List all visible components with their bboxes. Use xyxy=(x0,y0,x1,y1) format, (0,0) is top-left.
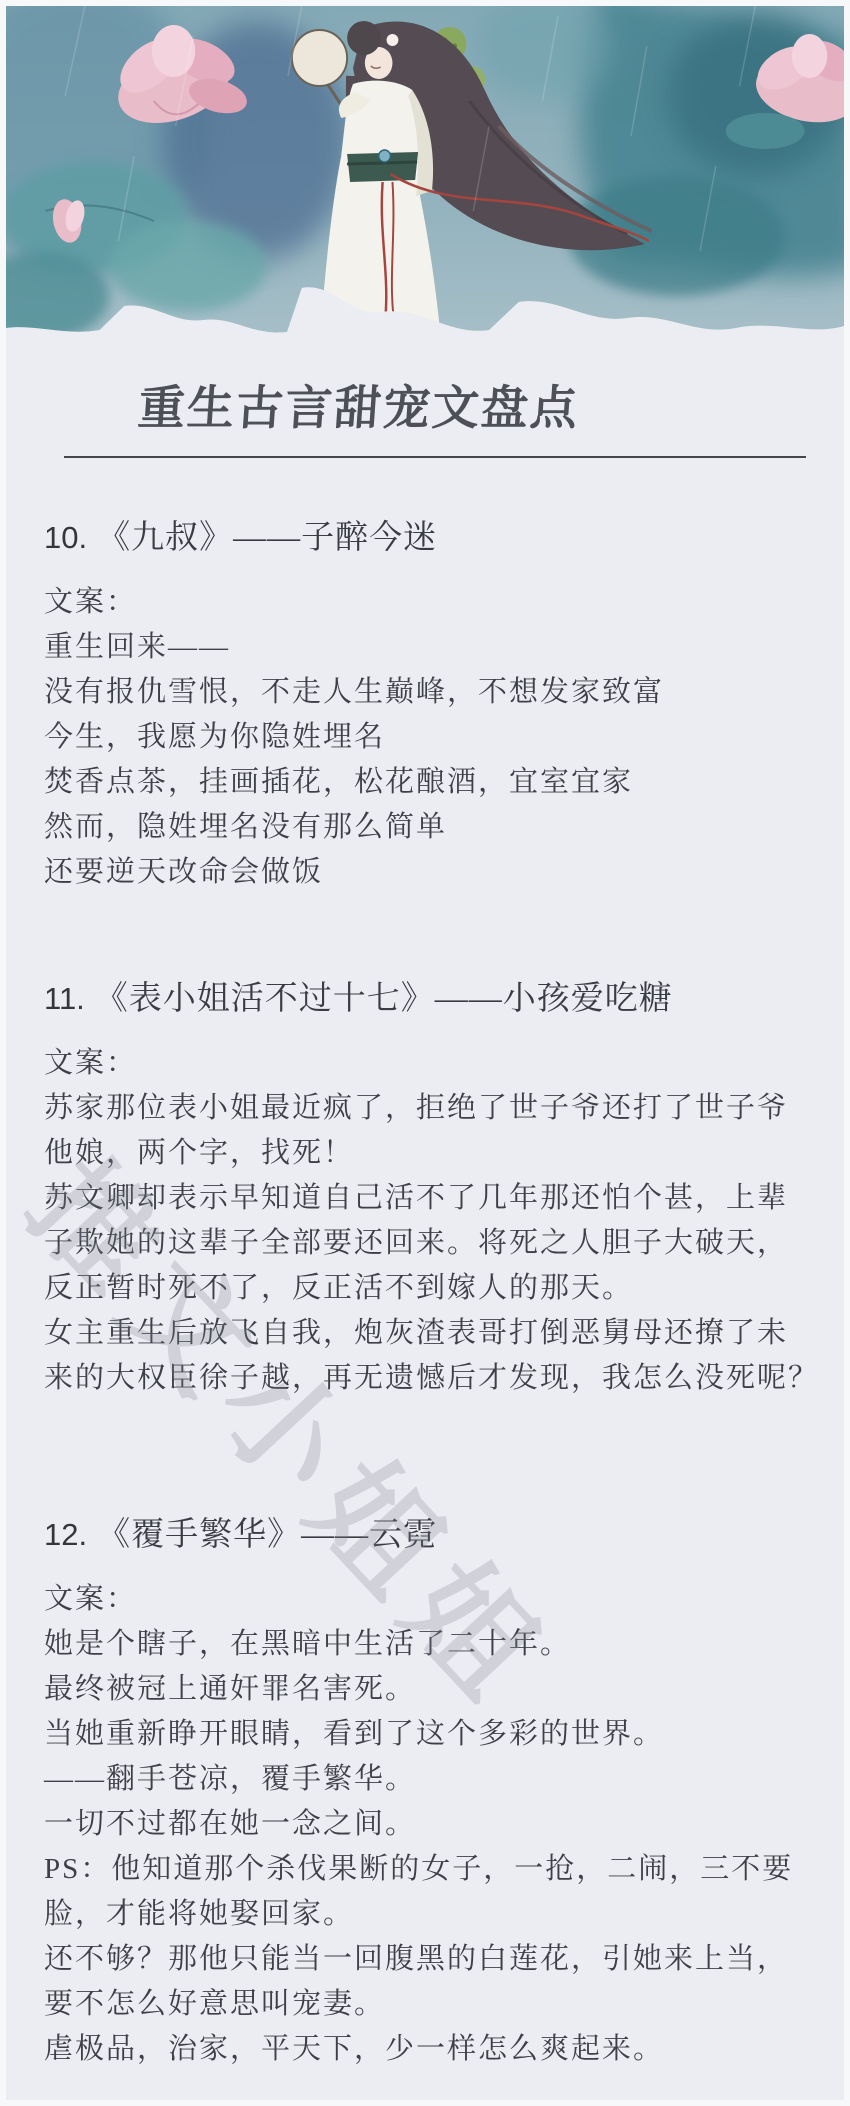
book-heading: 12.《覆手繁华》——云霓 xyxy=(44,1513,810,1557)
copy-line: 她是个瞎子，在黑暗中生活了二十年。 xyxy=(44,1622,810,1667)
copy-line: ——翻手苍凉，覆手繁华。 xyxy=(44,1757,810,1802)
book-number: 11. xyxy=(44,981,85,1016)
copy-line: 重生回来—— xyxy=(44,625,810,670)
copy-line: 要不怎么好意思叫宠妻。 xyxy=(44,1982,810,2027)
header-illustration-scene xyxy=(6,6,844,348)
synopsis-lines: 她是个瞎子，在黑暗中生活了二十年。最终被冠上通奸罪名害死。当她重新睁开眼睛，看到… xyxy=(44,1622,810,2072)
page: 重生古言甜宠文盘点 10.《九叔》——子醉今迷 文案： 重生回来——没有报仇雪恨… xyxy=(0,0,850,2106)
copy-line: 一切不过都在她一念之间。 xyxy=(44,1802,810,1847)
copy-line: 还不够？那他只能当一回腹黑的白莲花，引她来上当， xyxy=(44,1937,810,1982)
synopsis-label: 文案： xyxy=(44,580,810,625)
page-title: 重生古言甜宠文盘点 xyxy=(136,378,846,440)
copy-line: 还要逆天改命会做饭 xyxy=(44,850,810,895)
copy-line: 今生，我愿为你隐姓埋名 xyxy=(44,715,810,760)
copy-line: PS：他知道那个杀伐果断的女子，一抢，二闹，三不要 xyxy=(44,1847,810,1892)
book-entry: 10.《九叔》——子醉今迷 文案： 重生回来——没有报仇雪恨，不走人生巅峰，不想… xyxy=(44,516,810,895)
book-title: 《九叔》——子醉今迷 xyxy=(97,520,437,556)
copy-line: 没有报仇雪恨，不走人生巅峰，不想发家致富 xyxy=(44,670,810,715)
copy-line: 反正暂时死不了，反正活不到嫁人的那天。 xyxy=(44,1266,810,1311)
book-heading: 11.《表小姐活不过十七》——小孩爱吃糖 xyxy=(44,977,810,1021)
copy-line: 子欺她的这辈子全部要还回来。将死之人胆子大破天， xyxy=(44,1221,810,1266)
copy-line: 他娘，两个字，找死！ xyxy=(44,1131,810,1176)
synopsis-label: 文案： xyxy=(44,1577,810,1622)
copy-line: 来的大权臣徐子越，再无遗憾后才发现，我怎么没死呢？ xyxy=(44,1356,810,1401)
title-block: 重生古言甜宠文盘点 xyxy=(6,348,844,458)
copy-line: 女主重生后放飞自我，炮灰渣表哥打倒恶舅母还撩了未 xyxy=(44,1311,810,1356)
hair-flower-icon xyxy=(387,34,399,46)
copy-line: 苏文卿却表示早知道自己活不了几年那还怕个甚，上辈 xyxy=(44,1176,810,1221)
book-entry: 11.《表小姐活不过十七》——小孩爱吃糖 文案： 苏家那位表小姐最近疯了，拒绝了… xyxy=(44,977,810,1401)
header-illustration xyxy=(6,6,844,348)
synopsis-label: 文案： xyxy=(44,1041,810,1086)
book-entry: 12.《覆手繁华》——云霓 文案： 她是个瞎子，在黑暗中生活了二十年。最终被冠上… xyxy=(44,1513,810,2072)
copy-line: 脸，才能将她娶回家。 xyxy=(44,1892,810,1937)
copy-line: 然而，隐姓埋名没有那么简单 xyxy=(44,805,810,850)
copy-line: 虐极品，治家，平天下，少一样怎么爽起来。 xyxy=(44,2027,810,2072)
book-title: 《表小姐活不过十七》——小孩爱吃糖 xyxy=(95,981,673,1017)
copy-line: 苏家那位表小姐最近疯了，拒绝了世子爷还打了世子爷 xyxy=(44,1086,810,1131)
synopsis-lines: 重生回来——没有报仇雪恨，不走人生巅峰，不想发家致富今生，我愿为你隐姓埋名焚香点… xyxy=(44,625,810,895)
book-number: 10. xyxy=(44,520,87,555)
sections: 10.《九叔》——子醉今迷 文案： 重生回来——没有报仇雪恨，不走人生巅峰，不想… xyxy=(6,458,844,2072)
book-number: 12. xyxy=(44,1517,87,1552)
copy-line: 最终被冠上通奸罪名害死。 xyxy=(44,1667,810,1712)
book-title: 《覆手繁华》——云霓 xyxy=(97,1517,437,1553)
synopsis-lines: 苏家那位表小姐最近疯了，拒绝了世子爷还打了世子爷他娘，两个字，找死！苏文卿却表示… xyxy=(44,1086,810,1401)
book-heading: 10.《九叔》——子醉今迷 xyxy=(44,516,810,560)
copy-line: 焚香点茶，挂画插花，松花酿酒，宜室宜家 xyxy=(44,760,810,805)
copy-line: 当她重新睁开眼睛，看到了这个多彩的世界。 xyxy=(44,1712,810,1757)
jade-pendant-icon xyxy=(379,150,391,162)
